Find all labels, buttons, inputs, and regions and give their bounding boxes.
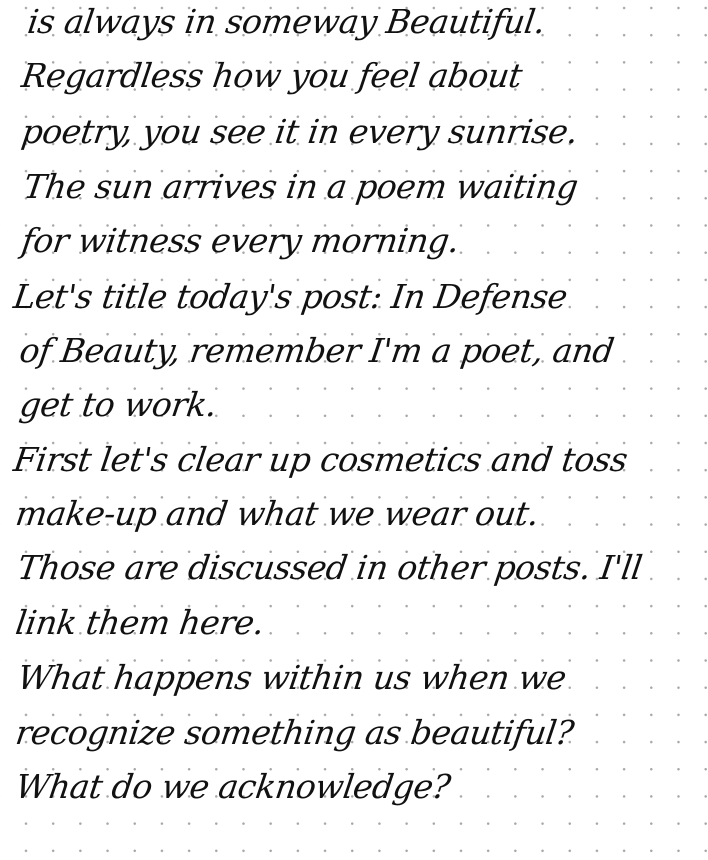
text-line: get to work. (17, 385, 219, 424)
text-line: poetry, you see it in every sunrise. (19, 112, 580, 151)
text-line: Regardless how you feel about (19, 56, 524, 95)
text-line: make-up and what we wear out. (13, 494, 541, 533)
text-line: The sun arrives in a poem waiting (21, 167, 580, 206)
text-line: Those are discussed in other posts. I'll (15, 548, 644, 587)
text-line: First let's clear up cosmetics and toss (11, 440, 629, 479)
text-line: recognize something as beautiful? (13, 713, 576, 752)
text-line: for witness every morning. (19, 221, 461, 260)
text-line: link them here. (13, 603, 266, 642)
text-line: of Beauty, remember I'm a poet, and (17, 331, 616, 370)
handwritten-page: is always in someway Beautiful. Regardle… (0, 0, 708, 860)
text-line: What do we acknowledge? (13, 767, 452, 806)
text-line: is always in someway Beautiful. (25, 2, 547, 41)
text-line: What happens within us when we (15, 658, 568, 697)
text-line: Let's title today's post: In Defense (11, 277, 569, 316)
